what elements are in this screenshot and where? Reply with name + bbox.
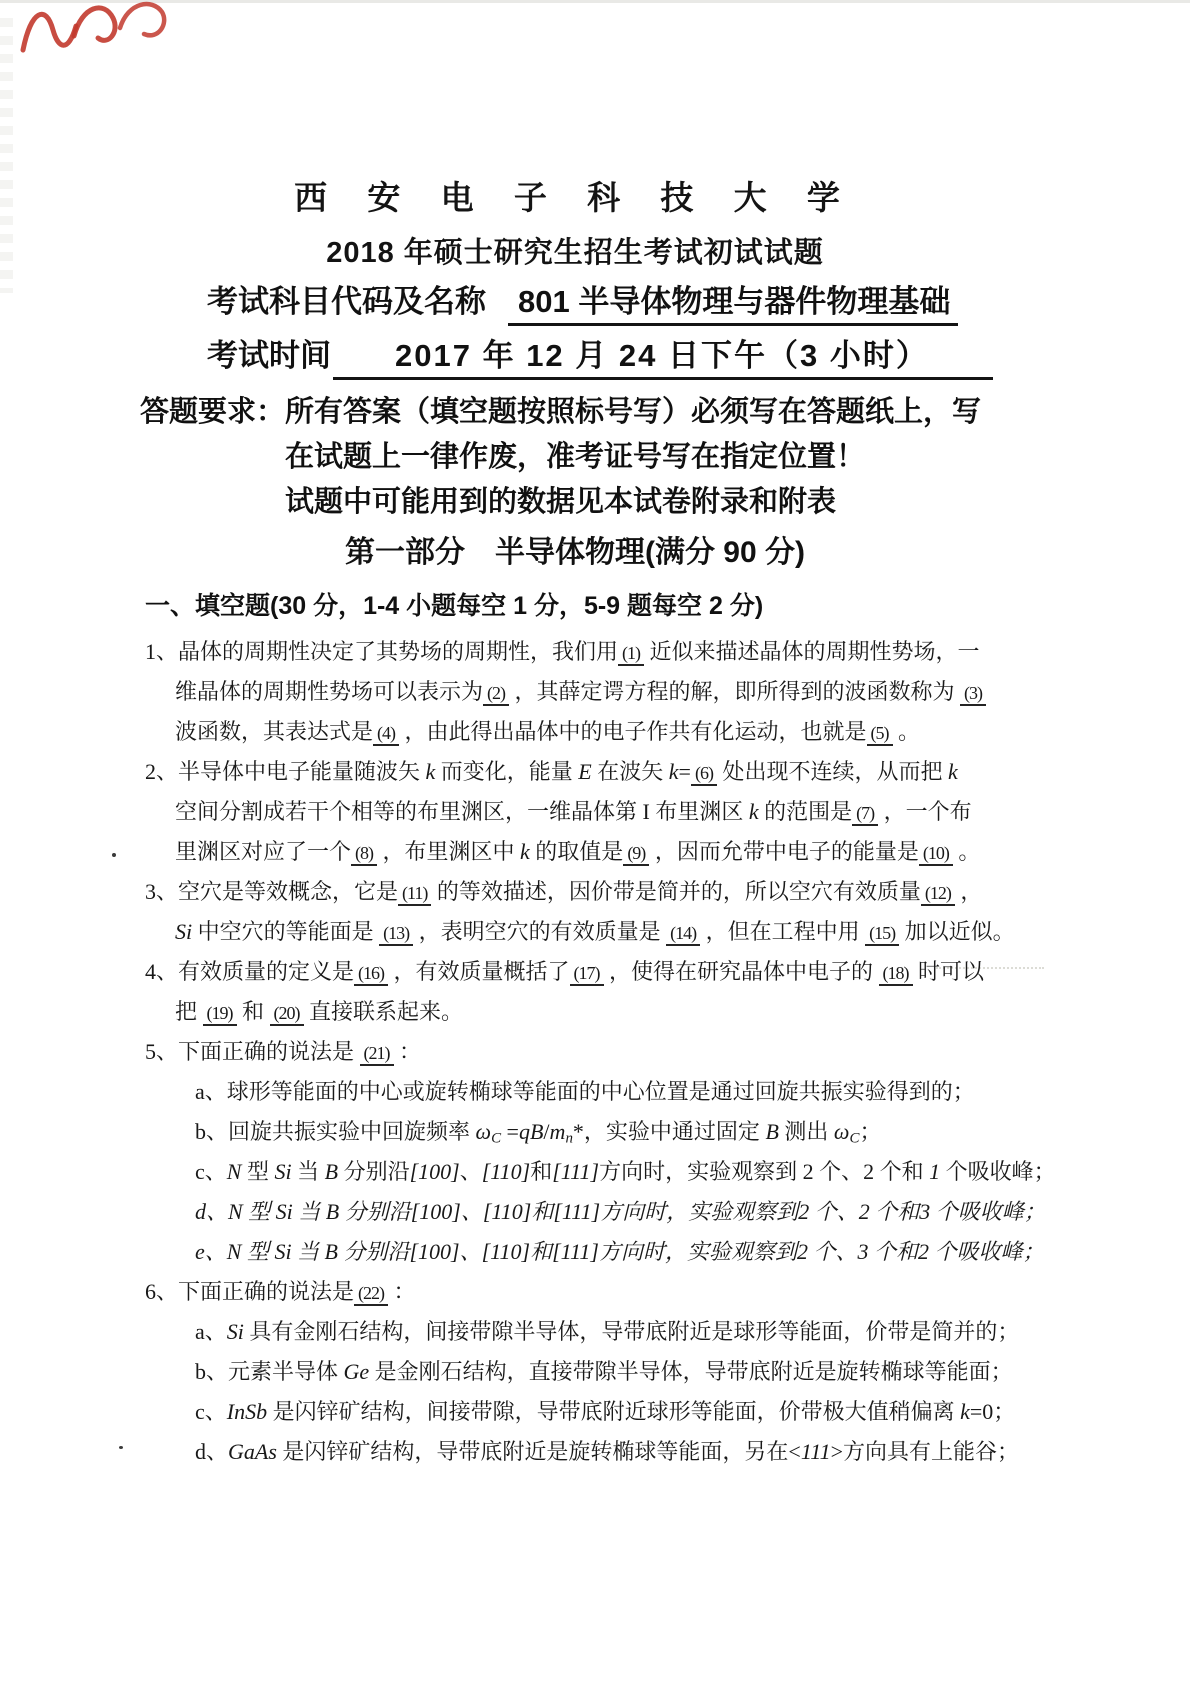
math-var: k	[948, 759, 958, 784]
blank-marker: (11)	[398, 883, 431, 906]
question-line: d、N 型 Si 当 B 分别沿[100]、[110]和[111]方向时，实验观…	[110, 1192, 1040, 1232]
math-var: GaAs	[228, 1439, 277, 1464]
text-run: >方向具有上能谷；	[831, 1439, 1019, 1464]
math-var: Ge	[344, 1359, 370, 1384]
math-var: k	[520, 839, 530, 864]
math-var: B	[325, 1159, 338, 1184]
blank-marker: (2)	[483, 683, 509, 706]
blank-marker: (7)	[852, 803, 878, 826]
text-run: 是闪锌矿结构，间接带隙，导带底附近球形等能面，价带极大值稍偏离	[267, 1399, 960, 1424]
text-run: 测出	[779, 1119, 834, 1144]
text-run: e、N 型 Si 当 B 分别沿[100]、[110]和[111]方向时，实验观…	[195, 1239, 1044, 1264]
math-var: ω	[834, 1119, 850, 1144]
math-var: E	[578, 759, 591, 784]
text-run: =0；	[970, 1399, 1015, 1424]
text-run: 把	[175, 999, 203, 1024]
requirement-line: 所有答案（填空题按照标号写）必须写在答题纸上，写	[285, 390, 981, 435]
text-run: a、球形等能面的中心或旋转椭球等能面的中心位置是通过回旋共振实验得到的；	[195, 1079, 975, 1104]
text-run: 是金刚石结构，直接带隙半导体，导带底附近是旋转椭球等能面；	[369, 1359, 1013, 1384]
text-run: 方向时，实验观察到 2 个、2 个和	[599, 1159, 929, 1184]
requirements-lines: 所有答案（填空题按照标号写）必须写在答题纸上，写 在试题上一律作废，准考证号写在…	[285, 390, 981, 525]
text-run: ，其薛定谔方程的解，即所得到的波函数称为	[509, 679, 960, 704]
math-var: [110]	[482, 1159, 531, 1184]
text-run: 具有金刚石结构，间接带隙半导体，导带底附近是球形等能面，价带是简并的；	[244, 1319, 1020, 1344]
text-run: ，使得在研究晶体中电子的	[604, 959, 879, 984]
text-run: d、N 型 Si 当 B 分别沿[100]、[110]和[111]方向时，实验观…	[195, 1199, 1046, 1224]
university-title: 西 安 电 子 科 技 大 学	[110, 180, 1040, 218]
question-line: 5、下面正确的说法是 (21) ：	[110, 1032, 1040, 1072]
requirements-label: 答题要求：	[140, 390, 285, 525]
exam-paper-page: 西 安 电 子 科 技 大 学 2018 年硕士研究生招生考试初试试题 考试科目…	[0, 0, 1190, 1683]
math-var: 1	[929, 1159, 940, 1184]
text-run: 维晶体的周期性势场可以表示为	[175, 679, 483, 704]
math-subscript: C	[849, 1131, 859, 1147]
blank-marker: (16)	[354, 963, 388, 986]
blank-marker: (6)	[691, 763, 717, 786]
math-var: [100]	[410, 1159, 460, 1184]
subject-value: 801 半导体物理与器件物理基础	[508, 284, 958, 326]
text-run: ，布里渊区中	[377, 839, 520, 864]
requirements-block: 答题要求： 所有答案（填空题按照标号写）必须写在答题纸上，写 在试题上一律作废，…	[110, 390, 1040, 525]
text-run: 的取值是	[530, 839, 624, 864]
question-line: 把 (19) 和 (20) 直接联系起来。	[110, 992, 1040, 1032]
text-run: 和	[237, 999, 270, 1024]
question-line: 2、半导体中电子能量随波矢 k 而变化，能量 E 在波矢 k=(6) 处出现不连…	[110, 752, 1040, 792]
text-run: 在波矢	[592, 759, 669, 784]
text-run: 1、晶体的周期性决定了其势场的周期性，我们用	[145, 639, 618, 664]
question-line: 4、有效质量的定义是(16) ，有效质量概括了(17) ，使得在研究晶体中电子的…	[110, 952, 1040, 992]
text-run: ；	[859, 1119, 881, 1144]
blank-marker: (1)	[618, 643, 644, 666]
text-run: 加以近似。	[899, 919, 1015, 944]
text-run: 3、空穴是等效概念，它是	[145, 879, 398, 904]
text-run: ，有效质量概括了	[388, 959, 570, 984]
requirement-line: 在试题上一律作废，准考证号写在指定位置！	[285, 435, 981, 480]
question-line: 3、空穴是等效概念，它是(11) 的等效描述，因价带是简并的，所以空穴有效质量(…	[110, 872, 1040, 912]
blank-marker: (22)	[354, 1283, 388, 1306]
text-run: 时可以	[913, 959, 985, 984]
blank-marker: (10)	[919, 843, 953, 866]
blank-marker: (17)	[570, 963, 604, 986]
question-line: 波函数，其表达式是(4) ，由此得出晶体中的电子作共有化运动，也就是(5) 。	[110, 712, 1040, 752]
text-run: 中空穴的等能面是	[192, 919, 379, 944]
math-subscript: C	[491, 1131, 501, 1147]
math-var: qB	[519, 1119, 543, 1144]
exam-time-label: 考试时间	[207, 338, 331, 373]
blank-marker: (15)	[865, 923, 899, 946]
math-var: k	[669, 759, 679, 784]
math-var: k	[749, 799, 759, 824]
text-run: 而变化，能量	[435, 759, 578, 784]
blank-marker: (3)	[960, 683, 986, 706]
text-run: ，一个布	[878, 799, 972, 824]
blank-marker: (13)	[379, 923, 413, 946]
blank-marker: (12)	[921, 883, 955, 906]
document-body: 西 安 电 子 科 技 大 学 2018 年硕士研究生招生考试初试试题 考试科目…	[110, 180, 1040, 1472]
question-line: b、回旋共振实验中回旋频率 ωC =qB/mn*，实验中通过固定 B 测出 ωC…	[110, 1112, 1040, 1152]
question-line: 空间分割成若干个相等的布里渊区，一维晶体第 I 布里渊区 k 的范围是(7) ，…	[110, 792, 1040, 832]
math-var: N	[227, 1159, 242, 1184]
question-line: c、N 型 Si 当 B 分别沿[100]、[110]和[111]方向时，实验观…	[110, 1152, 1040, 1192]
text-run: 的等效描述，因价带是简并的，所以空穴有效质量	[431, 879, 921, 904]
math-var: k	[960, 1399, 970, 1424]
text-run: 6、下面正确的说法是	[145, 1279, 354, 1304]
part-one-heading: 第一部分 半导体物理(满分 90 分)	[110, 535, 1040, 570]
questions-area: 1、晶体的周期性决定了其势场的周期性，我们用(1) 近似来描述晶体的周期性势场，…	[110, 632, 1040, 1472]
exam-time-value: 2017 年 12 月 24 日下午（3 小时）	[333, 338, 993, 380]
question-line: 1、晶体的周期性决定了其势场的周期性，我们用(1) 近似来描述晶体的周期性势场，…	[110, 632, 1040, 672]
text-run: b、回旋共振实验中回旋频率	[195, 1119, 476, 1144]
text-run: c、	[195, 1399, 227, 1424]
math-var: InSb	[227, 1399, 267, 1424]
blank-marker: (20)	[270, 1003, 304, 1026]
blank-marker: (4)	[373, 723, 399, 746]
text-run: 。	[953, 839, 981, 864]
text-run: =	[679, 759, 691, 784]
math-subscript: n	[565, 1131, 572, 1147]
math-var: Si	[175, 919, 192, 944]
text-run: 空间分割成若干个相等的布里渊区，一维晶体第 I 布里渊区	[175, 799, 749, 824]
blank-marker: (21)	[360, 1043, 394, 1066]
math-var: ω	[476, 1119, 492, 1144]
text-run: 4、有效质量的定义是	[145, 959, 354, 984]
text-run: 的范围是	[759, 799, 853, 824]
question-line: b、元素半导体 Ge 是金刚石结构，直接带隙半导体，导带底附近是旋转椭球等能面；	[110, 1352, 1040, 1392]
text-run: ，但在工程中用	[700, 919, 865, 944]
text-run: 是闪锌矿结构，导带底附近是旋转椭球等能面，另在<	[277, 1439, 801, 1464]
text-run: 当	[292, 1159, 325, 1184]
text-run: 直接联系起来。	[304, 999, 464, 1024]
text-run: 。	[893, 719, 921, 744]
math-var: 111	[801, 1439, 831, 1464]
math-var: Si	[274, 1159, 291, 1184]
requirement-line: 试题中可能用到的数据见本试卷附录和附表	[285, 480, 981, 525]
text-run: ，由此得出晶体中的电子作共有化运动，也就是	[399, 719, 867, 744]
text-run: 个吸收峰；	[940, 1159, 1056, 1184]
fill-in-blanks-heading: 一、填空题(30 分，1-4 小题每空 1 分，5-9 题每空 2 分)	[110, 591, 1040, 621]
math-var: B	[765, 1119, 778, 1144]
text-run: ：	[388, 1279, 416, 1304]
text-run: =	[501, 1119, 519, 1144]
blank-marker: (5)	[867, 723, 893, 746]
math-var: [111]	[552, 1159, 599, 1184]
text-run: 型	[241, 1159, 274, 1184]
blank-marker: (8)	[351, 843, 377, 866]
blank-marker: (14)	[666, 923, 700, 946]
question-line: c、InSb 是闪锌矿结构，间接带隙，导带底附近球形等能面，价带极大值稍偏离 k…	[110, 1392, 1040, 1432]
blank-marker: (19)	[203, 1003, 237, 1026]
math-var: k	[426, 759, 436, 784]
paper-left-edge	[0, 18, 13, 293]
question-line: 6、下面正确的说法是(22) ：	[110, 1272, 1040, 1312]
text-run: d、	[195, 1439, 228, 1464]
math-var: m	[550, 1119, 566, 1144]
time-line: 考试时间2017 年 12 月 24 日下午（3 小时）	[110, 338, 1040, 380]
text-run: 、	[460, 1159, 482, 1184]
question-line: 维晶体的周期性势场可以表示为(2) ，其薛定谔方程的解，即所得到的波函数称为 (…	[110, 672, 1040, 712]
text-run: 波函数，其表达式是	[175, 719, 373, 744]
text-run: c、	[195, 1159, 227, 1184]
red-pen-marks	[16, 0, 186, 68]
question-line: Si 中空穴的等能面是 (13) ，表明空穴的有效质量是 (14) ，但在工程中…	[110, 912, 1040, 952]
text-run: ，	[955, 879, 983, 904]
text-run: 里渊区对应了一个	[175, 839, 351, 864]
question-line: 里渊区对应了一个(8) ，布里渊区中 k 的取值是(9) ，因而允带中电子的能量…	[110, 832, 1040, 872]
text-run: 处出现不连续，从而把	[717, 759, 948, 784]
text-run: *，实验中通过固定	[573, 1119, 766, 1144]
text-run: ，因而允带中电子的能量是	[649, 839, 919, 864]
text-run: 和	[530, 1159, 552, 1184]
text-run: 2、半导体中电子能量随波矢	[145, 759, 426, 784]
blank-marker: (9)	[623, 843, 649, 866]
question-line: d、GaAs 是闪锌矿结构，导带底附近是旋转椭球等能面，另在<111>方向具有上…	[110, 1432, 1040, 1472]
text-run: ：	[394, 1039, 422, 1064]
text-run: ，表明空穴的有效质量是	[413, 919, 666, 944]
subject-label: 考试科目代码及名称	[207, 284, 486, 319]
text-run: 近似来描述晶体的周期性势场，一	[644, 639, 980, 664]
question-line: e、N 型 Si 当 B 分别沿[100]、[110]和[111]方向时，实验观…	[110, 1232, 1040, 1272]
text-run: 分别沿	[338, 1159, 410, 1184]
question-line: a、Si 具有金刚石结构，间接带隙半导体，导带底附近是球形等能面，价带是简并的；	[110, 1312, 1040, 1352]
blank-marker: (18)	[879, 963, 913, 986]
text-run: 5、下面正确的说法是	[145, 1039, 360, 1064]
text-run: a、	[195, 1319, 227, 1344]
subject-line: 考试科目代码及名称801 半导体物理与器件物理基础	[110, 284, 1040, 326]
math-var: Si	[227, 1319, 244, 1344]
exam-session-title: 2018 年硕士研究生招生考试初试试题	[110, 237, 1040, 270]
question-line: a、球形等能面的中心或旋转椭球等能面的中心位置是通过回旋共振实验得到的；	[110, 1072, 1040, 1112]
text-run: b、元素半导体	[195, 1359, 344, 1384]
